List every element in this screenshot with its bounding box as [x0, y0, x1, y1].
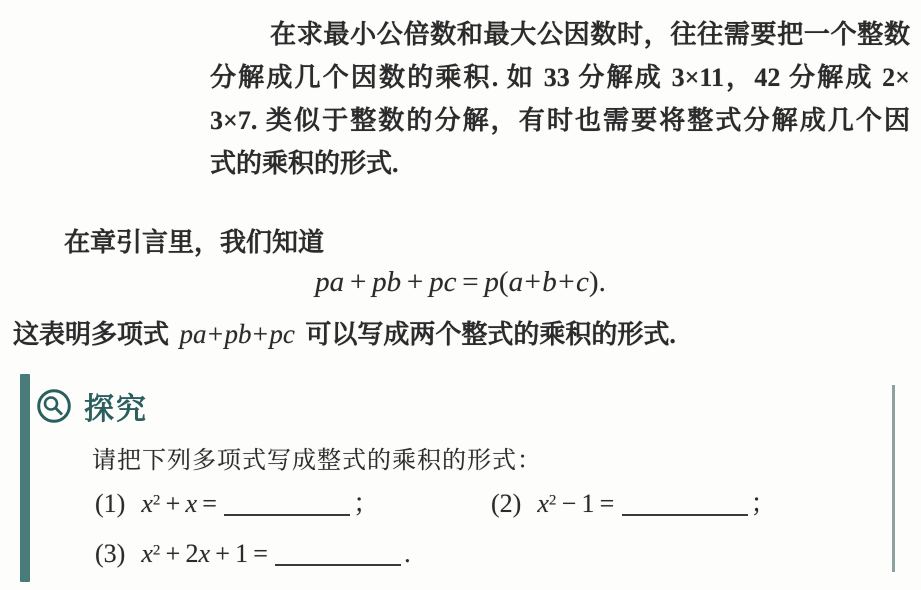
exercise-1-answer-blank	[224, 494, 350, 516]
exercise-3-number: (3)	[95, 539, 125, 568]
exercise-1-number: (1)	[95, 489, 125, 518]
conclusion-suffix: 可以写成两个整式的乘积的形式.	[305, 320, 676, 349]
conclusion-paragraph: 这表明多项式 pa+pb+pc 可以写成两个整式的乘积的形式.	[13, 314, 676, 351]
exercise-3-answer-blank	[275, 544, 401, 566]
exercise-2-expression: x2−1=	[537, 489, 619, 518]
explore-box-right-rule	[892, 385, 895, 572]
explore-title: 探究	[84, 384, 148, 428]
explore-box-left-bar	[20, 374, 30, 582]
exercise-2-number: (2)	[491, 489, 521, 518]
intro-line-1: 在求最小公倍数和最大公因数时，往往需要把一个整数	[210, 13, 910, 56]
lead-in-text: 在章引言里，我们知道	[64, 222, 324, 259]
exercise-1-expression: x2+x=	[141, 489, 222, 518]
intro-paragraph: 在求最小公倍数和最大公因数时，往往需要把一个整数 分解成几个因数的乘积. 如 3…	[210, 13, 910, 185]
explore-prompt: 请把下列多项式写成整式的乘积的形式：	[92, 440, 542, 475]
exercise-3-expression: x2+2x+1=	[141, 539, 273, 568]
intro-line-4: 式的乘积的形式.	[210, 142, 910, 185]
textbook-page: 在求最小公倍数和最大公因数时，往往需要把一个整数 分解成几个因数的乘积. 如 3…	[0, 0, 921, 590]
exercise-item-3: (3)x2+2x+1=.	[95, 539, 411, 569]
exercise-item-1: (1)x2+x=；	[95, 483, 379, 520]
exercise-item-2: (2)x2−1=；	[491, 483, 777, 520]
exercise-3-period: .	[404, 539, 411, 568]
intro-line-2: 分解成几个因数的乘积. 如 33 分解成 3×11，42 分解成 2×	[210, 56, 910, 99]
factoring-formula: pa+pb+pc=p(a+b+c).	[0, 266, 921, 299]
exercise-2-answer-blank	[622, 494, 748, 516]
exercise-2-separator: ；	[751, 489, 777, 518]
magnifier-exploration-icon	[36, 388, 72, 424]
conclusion-prefix: 这表明多项式	[13, 320, 169, 349]
exercise-1-separator: ；	[353, 489, 379, 518]
intro-line-3: 3×7. 类似于整数的分解，有时也需要将整式分解成几个因	[210, 99, 910, 142]
inline-polynomial: pa+pb+pc	[176, 319, 299, 349]
